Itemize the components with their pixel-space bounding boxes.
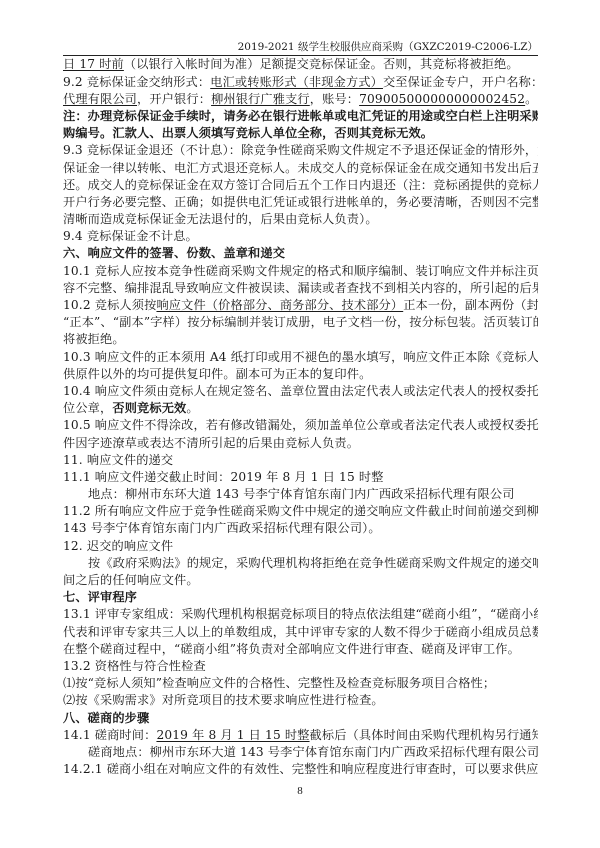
text-line: 9.4 竞标保证金不计息。 bbox=[63, 228, 538, 245]
text-segment: 。 bbox=[186, 401, 198, 415]
bold-text: 否则竞标无效 bbox=[112, 401, 186, 415]
text-segment: ，账号： bbox=[310, 92, 359, 106]
text-segment: “正本”、“副本”字样）按分标编制并装订成册，电子文档一份，按分标包装。活页装订… bbox=[63, 315, 538, 329]
text-segment: 件因字迹潦草或表达不清所引起的后果由竞标人负责。 bbox=[63, 436, 359, 450]
text-line: 在整个磋商过程中，“磋商小组”将负责对全部响应文件进行审查、磋商及评审工作。 bbox=[63, 641, 538, 658]
text-line: 10.5 响应文件不得涂改，若有修改错漏处，须加盖单位公章或者法定代表人或授权委… bbox=[63, 417, 538, 434]
text-segment: 9.2 竞标保证金交纳形式： bbox=[63, 75, 210, 89]
text-line: 10.4 响应文件须由竞标人在规定签名、盖章位置由法定代表人或法定代表人的授权委… bbox=[63, 383, 538, 400]
text-segment: 9.4 竞标保证金不计息。 bbox=[63, 229, 198, 243]
text-segment: 10.3 响应文件的正本须用 A4 纸打印或用不褪色的墨水填写，响应文件正本除《… bbox=[63, 350, 538, 364]
text-line: 13.2 资格性与符合性检查 bbox=[63, 658, 538, 675]
text-line: 10.3 响应文件的正本须用 A4 纸打印或用不褪色的墨水填写，响应文件正本除《… bbox=[63, 349, 538, 366]
text-line: 保证金一律以转帐、电汇方式退还竞标人。未成交人的竞标保证金在成交通知书发出后五个… bbox=[63, 160, 538, 177]
text-line: 14.1 磋商时间：2019 年 8 月 1 日 15 时整截标后（具体时间由采… bbox=[63, 727, 538, 744]
text-line: 代表和评审专家共三人以上的单数组成，其中评审专家的人数不得少于磋商小组成员总数的… bbox=[63, 624, 538, 641]
text-segment: 清晰而造成竞标保证金无法退付的，后果由竞标人负责）。 bbox=[63, 212, 378, 226]
text-line: 间之后的任何响应文件。 bbox=[63, 572, 538, 589]
text-line: 按《政府采购法》的规定，采购代理机构将拒绝在竞争性磋商采购文件规定的递交响应文件… bbox=[63, 555, 538, 572]
text-line: 13.1 评审专家组成：采购代理机构根据竞标项目的特点依法组建“磋商小组”，“磋… bbox=[63, 606, 538, 623]
underlined-text: 709005000000000002452 bbox=[359, 92, 525, 106]
text-line: 注：办理竞标保证金手续时，请务必在银行进帐单或电汇凭证的用途或空白栏上注明采购项… bbox=[63, 108, 538, 125]
document-body: 日 17 时前（以银行入帐时间为准）足额提交竞标保证金。否则，其竞标将被拒绝。9… bbox=[63, 56, 538, 778]
text-segment: 地点：柳州市东环大道 143 号李宁体育馆东南门内广西政采招标代理有限公司 bbox=[88, 487, 515, 501]
underlined-text: 响应文件（价格部分、商务部分、技术部分） bbox=[156, 298, 403, 312]
text-line: 购编号。汇款人、出票人须填写竞标人单位全称，否则其竞标无效。 bbox=[63, 125, 538, 142]
text-line: ⑵按《采购需求》对所竞项目的技术要求响应性进行检查。 bbox=[63, 692, 538, 709]
text-segment: 按《政府采购法》的规定，采购代理机构将拒绝在竞争性磋商采购文件规定的递交响应文件… bbox=[88, 556, 538, 570]
text-line: 供原件以外的均可提供复印件。副本可为正本的复印件。 bbox=[63, 366, 538, 383]
text-line: 143 号李宁体育馆东南门内广西政采招标代理有限公司）。 bbox=[63, 520, 538, 537]
text-line: 开户行务必要完整、正确；如提供电汇凭证或银行进帐单的，务必要清晰，否则因不完整、… bbox=[63, 194, 538, 211]
text-line: 11. 响应文件的递交 bbox=[63, 452, 538, 469]
text-line: 9.2 竞标保证金交纳形式：电汇或转账形式（非现金方式）交至保证金专户，开户名称… bbox=[63, 74, 538, 91]
text-segment: 13.1 评审专家组成：采购代理机构根据竞标项目的特点依法组建“磋商小组”，“磋… bbox=[63, 607, 538, 621]
text-line: 件因字迹潦草或表达不清所引起的后果由竞标人负责。 bbox=[63, 435, 538, 452]
text-segment: 八、磋商的步骤 bbox=[63, 711, 149, 725]
text-segment: 14.1 磋商时间： bbox=[63, 728, 156, 742]
text-segment: 保证金一律以转帐、电汇方式退还竞标人。未成交人的竞标保证金在成交通知书发出后五个… bbox=[63, 161, 538, 175]
text-line: 磋商地点：柳州市东环大道 143 号李宁体育馆东南门内广西政采招标代理有限公司 bbox=[63, 744, 538, 761]
text-segment: 正本一份，副本两份（封面右上角应注明 bbox=[403, 298, 538, 312]
text-segment: 143 号李宁体育馆东南门内广西政采招标代理有限公司）。 bbox=[63, 521, 381, 535]
text-segment: 位公章， bbox=[63, 401, 112, 415]
text-line: ⑴按“竞标人须知”检查响应文件的合格性、完整性及检查竞标服务项目合格性； bbox=[63, 675, 538, 692]
text-segment: 9.3 竞标保证金退还（不计息）：除竞争性磋商采购文件规定不予退还保证金的情形外… bbox=[63, 143, 538, 157]
text-line: 14.2.1 磋商小组在对响应文件的有效性、完整性和响应程度进行审查时，可以要求… bbox=[63, 761, 538, 778]
text-segment: 磋商地点：柳州市东环大道 143 号李宁体育馆东南门内广西政采招标代理有限公司 bbox=[88, 745, 538, 759]
text-segment: 截标后（具体时间由采购代理机构另行通知） bbox=[310, 728, 538, 742]
text-line: 日 17 时前（以银行入帐时间为准）足额提交竞标保证金。否则，其竞标将被拒绝。 bbox=[63, 56, 538, 73]
text-segment: 11.1 响应文件递交截止时间：2019 年 8 月 1 日 15 时整 bbox=[63, 470, 384, 484]
text-segment: （以银行入帐时间为准）足额提交竞标保证金。否则，其竞标将被拒绝。 bbox=[124, 57, 519, 71]
text-segment: 注：办理竞标保证金手续时，请务必在银行进帐单或电汇凭证的用途或空白栏上注明采购项… bbox=[63, 109, 538, 123]
text-segment: 购编号。汇款人、出票人须填写竞标人单位全称，否则其竞标无效。 bbox=[63, 126, 433, 140]
text-line: 还。成交人的竞标保证金在双方签订合同后五个工作日内退还（注：竞标函提供的竞标人全… bbox=[63, 177, 538, 194]
text-segment: 11.2 所有响应文件应于竞争性磋商采购文件中规定的递交响应文件截止时间前递交到… bbox=[63, 504, 538, 518]
page-header: 2019-2021 级学生校服供应商采购（GXZC2019-C2006-LZ） bbox=[63, 40, 538, 56]
text-line: 10.2 竞标人须按响应文件（价格部分、商务部分、技术部分）正本一份，副本两份（… bbox=[63, 297, 538, 314]
underlined-text: 电汇或转账形式（非现金方式） bbox=[210, 75, 383, 89]
text-line: 六、响应文件的签署、份数、盖章和递交 bbox=[63, 245, 538, 262]
text-segment: ⑵按《采购需求》对所竞项目的技术要求响应性进行检查。 bbox=[63, 693, 384, 707]
text-segment: ⑴按“竞标人须知”检查响应文件的合格性、完整性及检查竞标服务项目合格性； bbox=[63, 676, 495, 690]
text-segment: 还。成交人的竞标保证金在双方签订合同后五个工作日内退还（注：竞标函提供的竞标人全… bbox=[63, 178, 538, 192]
text-line: 位公章，否则竞标无效。 bbox=[63, 400, 538, 417]
text-line: 容不完整、编排混乱导致响应文件被误读、漏读或者查找不到相关内容的，所引起的后果由… bbox=[63, 280, 538, 297]
text-segment: 11. 响应文件的递交 bbox=[63, 453, 173, 467]
underlined-text: 日 17 时前 bbox=[63, 57, 124, 71]
text-segment: 开户行务必要完整、正确；如提供电汇凭证或银行进帐单的，务必要清晰，否则因不完整、… bbox=[63, 195, 538, 209]
text-line: 9.3 竞标保证金退还（不计息）：除竞争性磋商采购文件规定不予退还保证金的情形外… bbox=[63, 142, 538, 159]
underlined-text: 柳州银行广雅支行 bbox=[211, 92, 310, 106]
underlined-text: 2019 年 8 月 1 日 15 时整 bbox=[156, 728, 309, 742]
text-segment: 间之后的任何响应文件。 bbox=[63, 573, 199, 587]
text-segment: 13.2 资格性与符合性检查 bbox=[63, 659, 206, 673]
text-segment: 七、评审程序 bbox=[63, 590, 137, 604]
text-segment: 容不完整、编排混乱导致响应文件被误读、漏读或者查找不到相关内容的，所引起的后果由… bbox=[63, 281, 538, 295]
text-line: 清晰而造成竞标保证金无法退付的，后果由竞标人负责）。 bbox=[63, 211, 538, 228]
text-line: 11.2 所有响应文件应于竞争性磋商采购文件中规定的递交响应文件截止时间前递交到… bbox=[63, 503, 538, 520]
text-segment: 12. 迟交的响应文件 bbox=[63, 539, 173, 553]
text-line: 八、磋商的步骤 bbox=[63, 710, 538, 727]
text-segment: 供原件以外的均可提供复印件。副本可为正本的复印件。 bbox=[63, 367, 371, 381]
text-segment: 代表和评审专家共三人以上的单数组成，其中评审专家的人数不得少于磋商小组成员总数的… bbox=[63, 625, 538, 639]
text-line: 地点：柳州市东环大道 143 号李宁体育馆东南门内广西政采招标代理有限公司 bbox=[63, 486, 538, 503]
text-line: 将被拒绝。 bbox=[63, 331, 538, 348]
text-segment: 交至保证金专户，开户名称： bbox=[383, 75, 538, 89]
text-segment: 将被拒绝。 bbox=[63, 332, 125, 346]
text-segment: 10.4 响应文件须由竞标人在规定签名、盖章位置由法定代表人或法定代表人的授权委… bbox=[63, 384, 538, 398]
text-segment: 10.2 竞标人须按 bbox=[63, 298, 156, 312]
text-segment: 六、响应文件的签署、份数、盖章和递交 bbox=[63, 246, 285, 260]
text-line: 10.1 竞标人应按本竞争性磋商采购文件规定的格式和顺序编制、装订响应文件并标注… bbox=[63, 263, 538, 280]
page-number: 8 bbox=[0, 785, 600, 797]
text-line: 12. 迟交的响应文件 bbox=[63, 538, 538, 555]
text-segment: 。 bbox=[525, 92, 537, 106]
text-line: 代理有限公司，开户银行：柳州银行广雅支行，账号：7090050000000000… bbox=[63, 91, 538, 108]
text-line: 11.1 响应文件递交截止时间：2019 年 8 月 1 日 15 时整 bbox=[63, 469, 538, 486]
text-line: “正本”、“副本”字样）按分标编制并装订成册，电子文档一份，按分标包装。活页装订… bbox=[63, 314, 538, 331]
text-segment: 10.5 响应文件不得涂改，若有修改错漏处，须加盖单位公章或者法定代表人或授权委… bbox=[63, 418, 538, 432]
underlined-text: 代理有限公司 bbox=[63, 92, 137, 106]
text-line: 七、评审程序 bbox=[63, 589, 538, 606]
text-segment: 14.2.1 磋商小组在对响应文件的有效性、完整性和响应程度进行审查时，可以要求… bbox=[63, 762, 538, 776]
text-segment: 10.1 竞标人应按本竞争性磋商采购文件规定的格式和顺序编制、装订响应文件并标注… bbox=[63, 264, 538, 278]
text-segment: ，开户银行： bbox=[137, 92, 211, 106]
text-segment: 在整个磋商过程中，“磋商小组”将负责对全部响应文件进行审查、磋商及评审工作。 bbox=[63, 642, 520, 656]
